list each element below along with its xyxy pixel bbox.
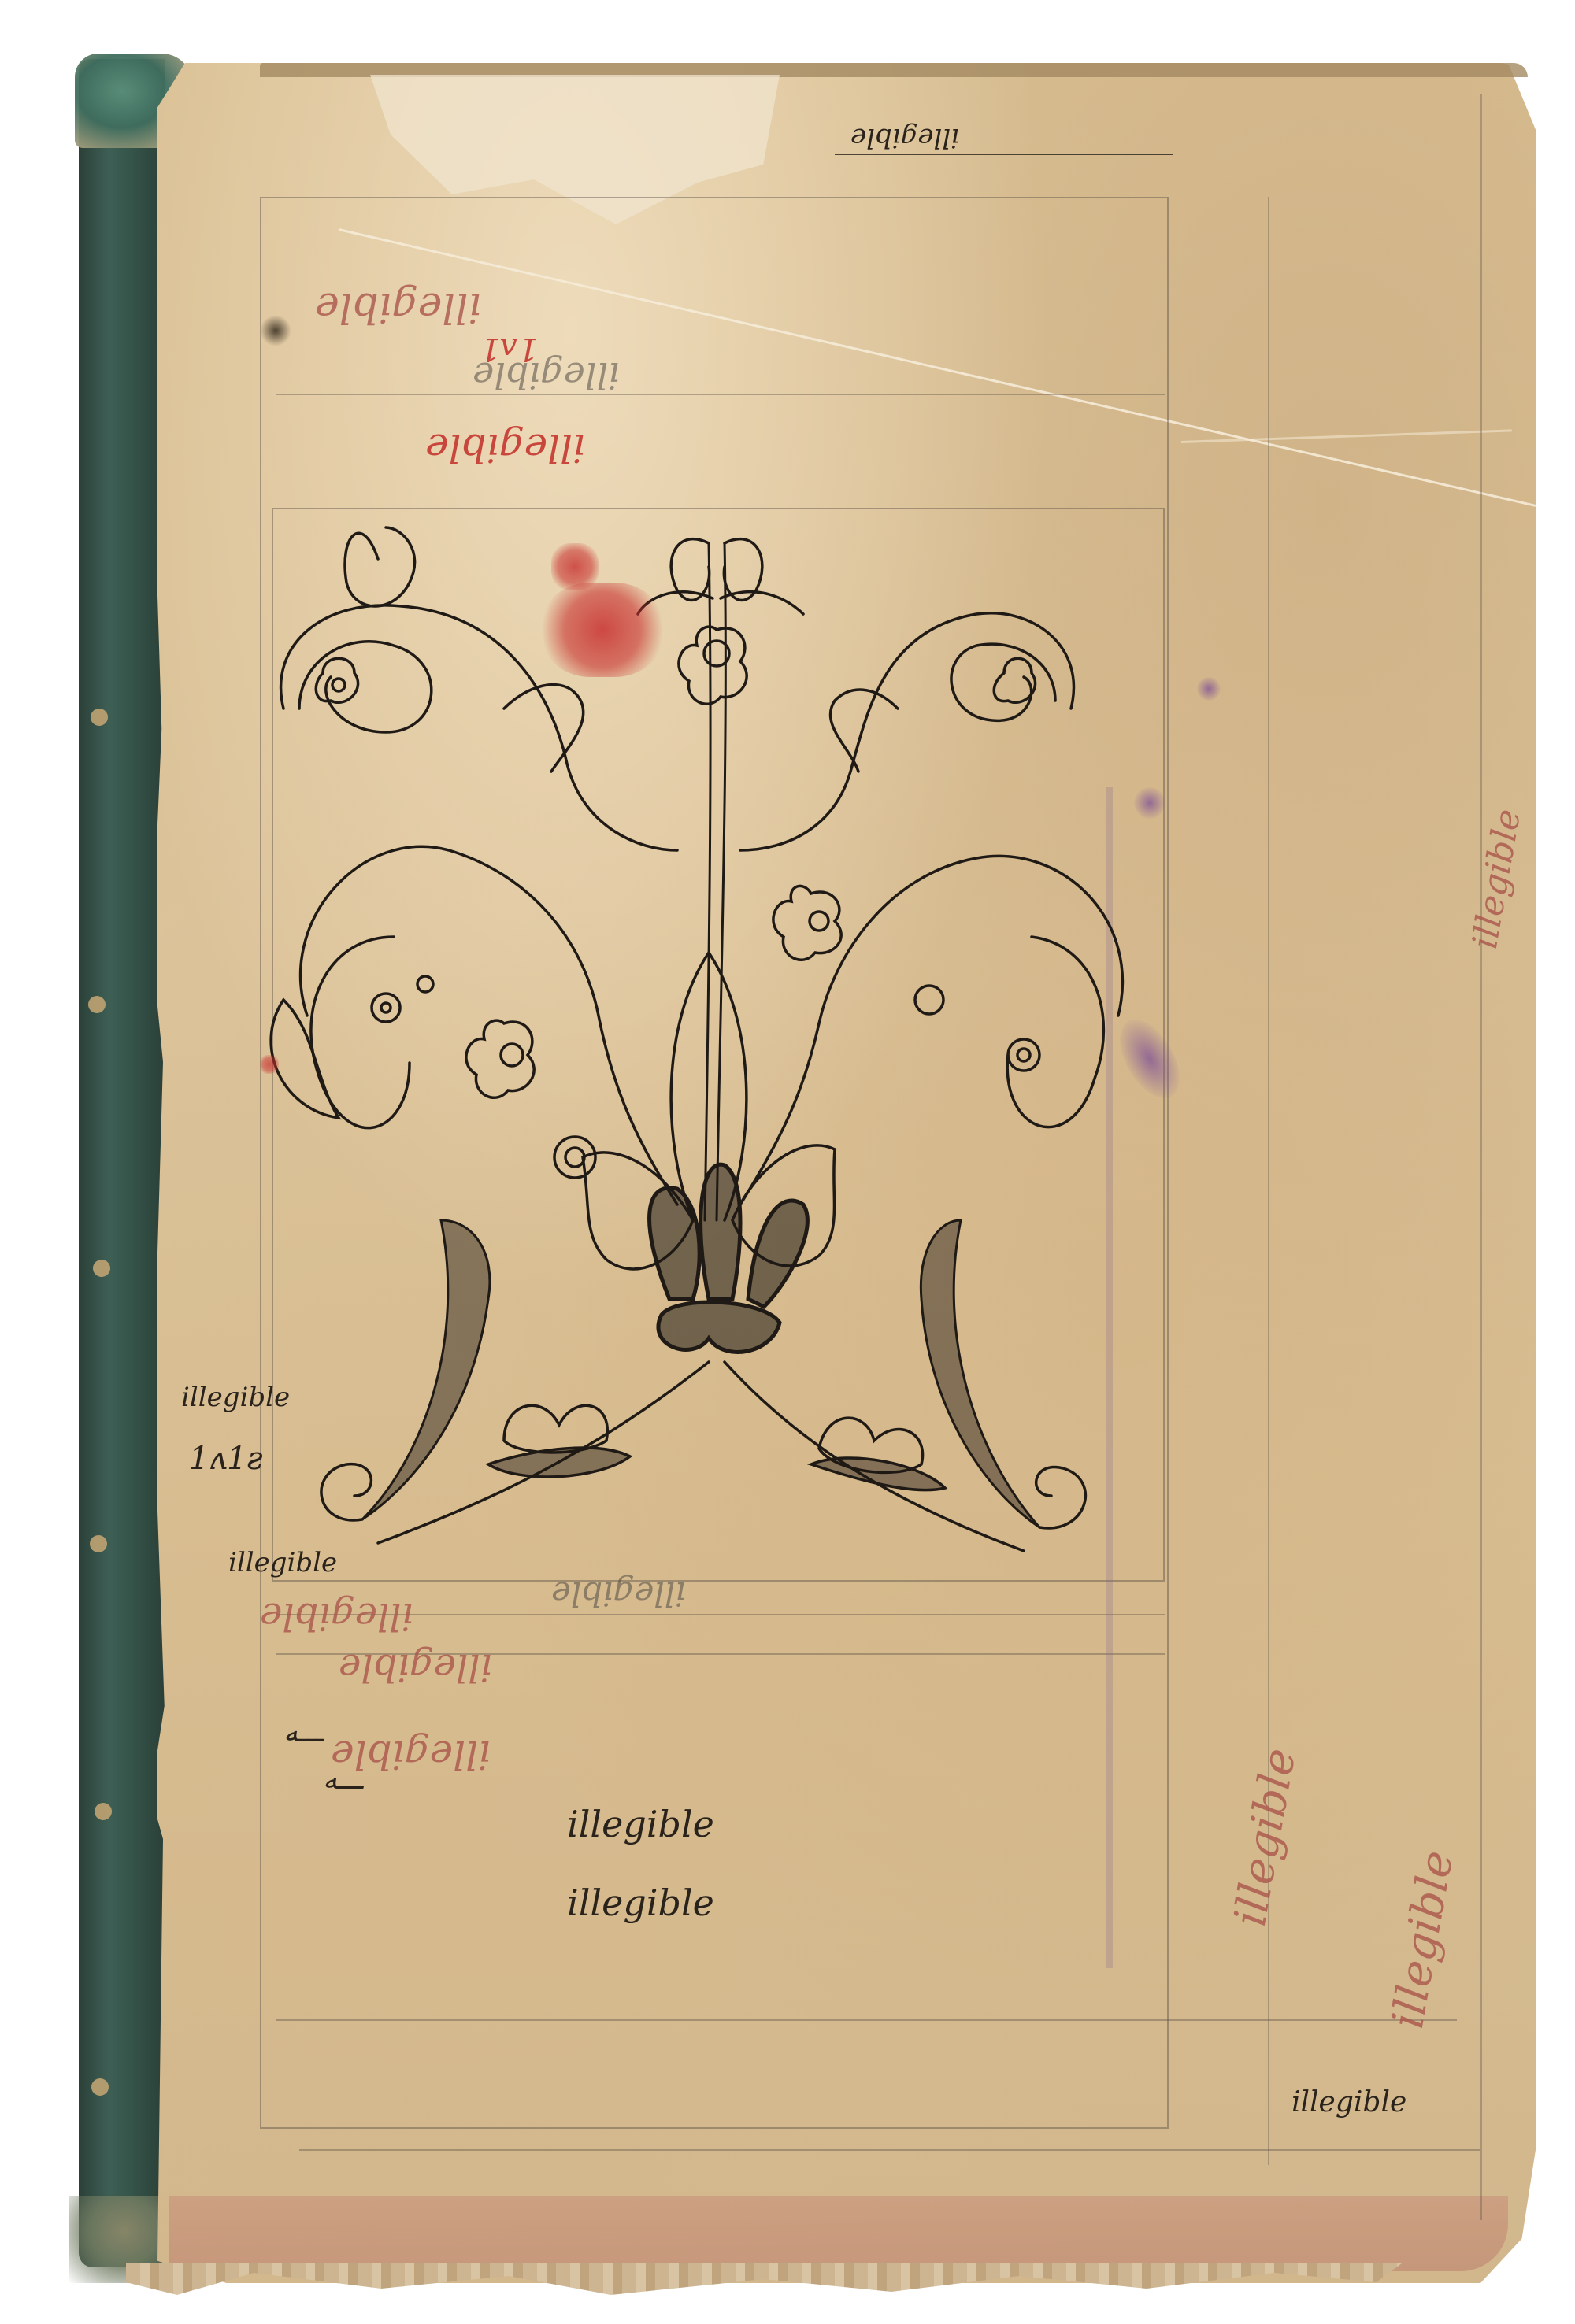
red-inscription: illegible <box>339 1645 492 1689</box>
spine-dot <box>88 996 106 1013</box>
red-inscription-line-2: illegible <box>425 425 585 471</box>
black-mark: ـــه <box>323 1763 363 1796</box>
red-ink-blot <box>551 543 598 590</box>
ruled-line <box>1480 94 1482 2220</box>
spine-dot <box>90 1535 107 1552</box>
black-ink-line-1: illegible <box>567 1803 714 1845</box>
top-label-underline <box>835 154 1173 155</box>
red-inscription: illegible <box>260 1594 413 1638</box>
green-cloth-spine <box>79 59 165 2267</box>
top-label-text: illegible <box>850 122 959 154</box>
purple-ink-mark <box>1197 677 1221 701</box>
torn-bottom-edge <box>126 2263 1402 2295</box>
pencil-inscription: illegible <box>551 1575 686 1613</box>
spine-dot <box>91 2078 109 2096</box>
spine-dot <box>94 1803 112 1820</box>
discolored-bottom-band <box>169 2196 1508 2271</box>
signature: illegible <box>1291 2086 1406 2119</box>
purple-ink-mark <box>1134 787 1165 819</box>
ruled-line <box>276 2019 1457 2021</box>
spine-dot <box>93 1260 110 1277</box>
black-ink-line-2: illegible <box>567 1882 714 1924</box>
ruled-line <box>276 394 1165 395</box>
red-inscription-line-1: illegible <box>315 283 481 331</box>
spine-dot <box>91 709 108 726</box>
red-ink-blot <box>543 583 661 677</box>
red-number: 1ʌ1 <box>480 331 539 367</box>
margin-numerals: 1ʌ1ƨ <box>189 1441 263 1477</box>
black-mark: ـــه <box>283 1716 324 1749</box>
manuscript-photo: illegible illegible illegible illegible … <box>0 0 1575 2324</box>
floral-ink-drawing <box>268 512 1173 1575</box>
red-ink-spot <box>260 1055 279 1074</box>
ruled-line <box>299 2149 1480 2151</box>
ink-blot <box>260 315 291 346</box>
